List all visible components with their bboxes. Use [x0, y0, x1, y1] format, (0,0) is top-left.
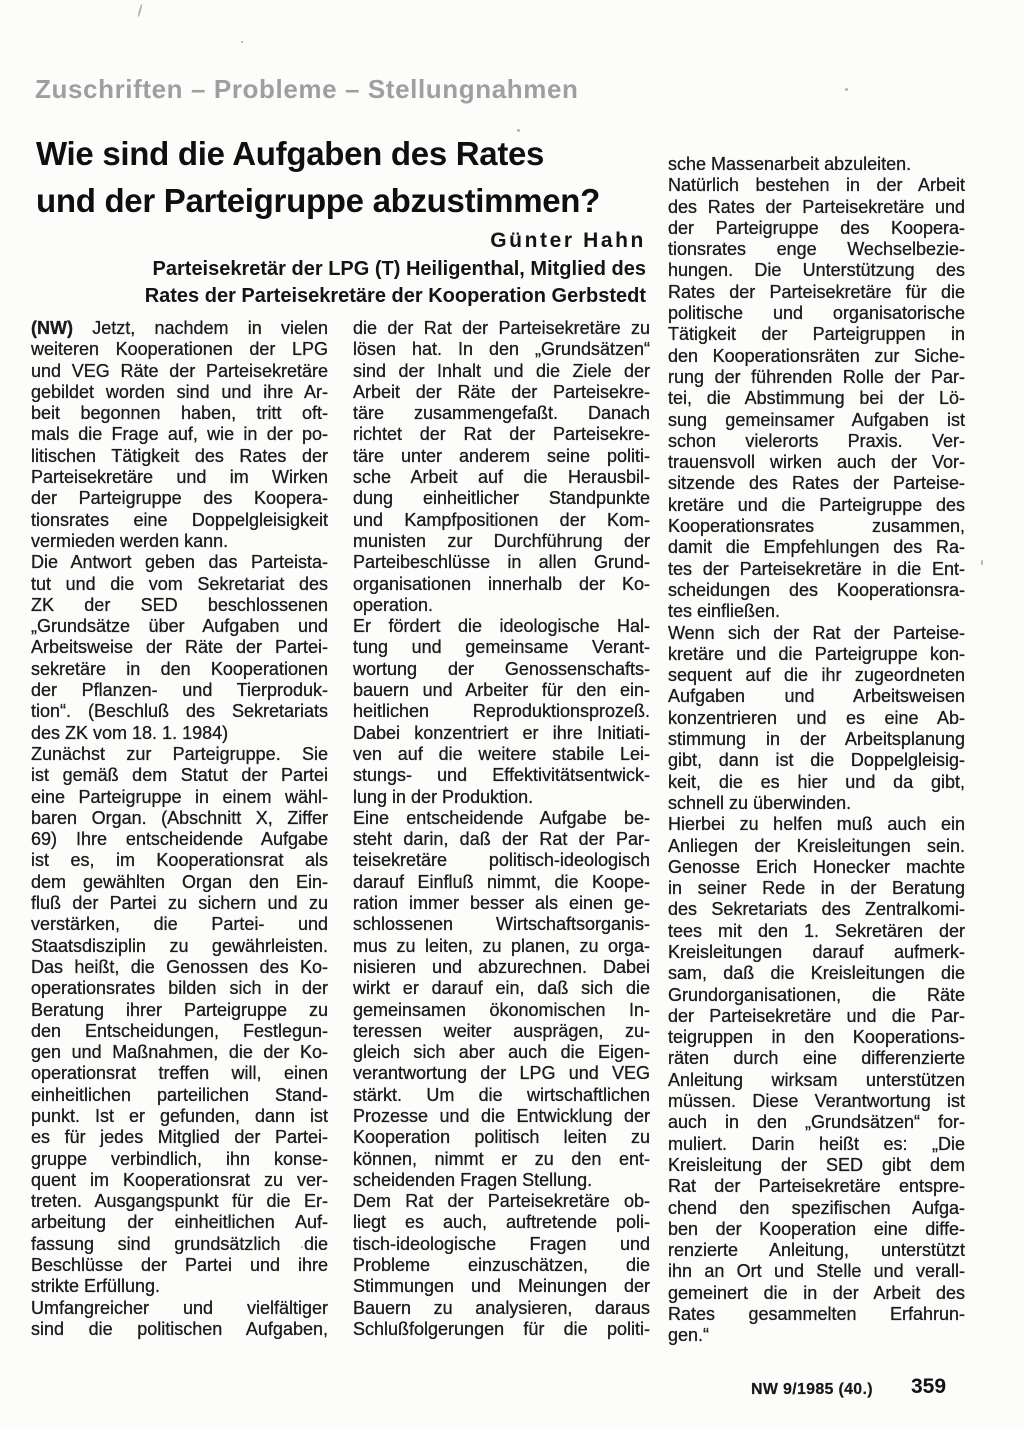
- text-line: die der Rat der Parteisekretäre zu: [353, 318, 650, 339]
- text-line: mus zu leiten, zu planen, zu orga-: [353, 936, 650, 957]
- text-line: verstärken, die Partei- und: [31, 914, 328, 935]
- text-line: tionsrates enge Wechselbezie-: [668, 239, 965, 260]
- text-line: stimmung in der Arbeitsplanung: [668, 729, 965, 750]
- text-line: chend den spezifischen Aufga-: [668, 1198, 965, 1219]
- text-line: sung gemeinsamer Aufgaben ist: [668, 410, 965, 431]
- text-line: dung einheitlicher Standpunkte: [353, 488, 650, 509]
- text-line: keit, die es hier und da gibt,: [668, 772, 965, 793]
- text-line: sche Arbeit auf die Herausbil-: [353, 467, 650, 488]
- text-line: damit die Empfehlungen des Ra-: [668, 537, 965, 558]
- text-line: Genosse Erich Honecker machte: [668, 857, 965, 878]
- text-line: können, nimmt er zu den ent-: [353, 1149, 650, 1170]
- scan-speck: [981, 560, 983, 565]
- text-line: teigruppen in den Kooperations-: [668, 1027, 965, 1048]
- text-line: ben der Kooperation eine diffe-: [668, 1219, 965, 1240]
- section-header-rule: [592, 100, 954, 105]
- text-line: mals die Frage auf, wie in der po-: [31, 424, 328, 445]
- text-line: einheitlichen parteilichen Stand-: [31, 1085, 328, 1106]
- text-line: operationsrates bilden sich in der: [31, 978, 328, 999]
- scan-speck: [845, 88, 848, 91]
- text-line: Wenn sich der Rat der Parteise-: [668, 623, 965, 644]
- text-line: Umfangreicher und vielfältiger: [31, 1298, 328, 1319]
- text-line: verantwortung der LPG und VEG: [353, 1063, 650, 1084]
- text-line: heitlichen Reproduktionsprozeß.: [353, 701, 650, 722]
- text-line: wortung der Genossenschafts-: [353, 659, 650, 680]
- text-line: gemeinert die in der Arbeit des: [668, 1283, 965, 1304]
- text-line: teressen weiter ausprägen, zu-: [353, 1021, 650, 1042]
- text-line: gibt, dann ist die Doppelgleisig-: [668, 750, 965, 771]
- text-line: in seiner Rede in der Beratung: [668, 878, 965, 899]
- text-line: schon vielerorts Praxis. Ver-: [668, 431, 965, 452]
- text-line: tes einfließen.: [668, 601, 965, 622]
- text-line: bauern und Arbeiter für den ein-: [353, 680, 650, 701]
- text-line: liegt es auch, auftretende poli-: [353, 1212, 650, 1233]
- author-credentials-line2: Rates der Parteisekretäre der Kooperatio…: [36, 283, 646, 310]
- text-line: scheidungen des Kooperationsra-: [668, 580, 965, 601]
- text-line: der Parteisekretäre und die Par-: [668, 1006, 965, 1027]
- text-line: fluß der Partei zu sichern und zu: [31, 893, 328, 914]
- text-line: Rat der Parteisekretäre entspre-: [668, 1176, 965, 1197]
- text-line: weiteren Kooperationen der LPG: [31, 339, 328, 360]
- text-line: den Kooperationsräten zur Siche-: [668, 346, 965, 367]
- text-column-1: (NW) Jetzt, nachdem in vielenweiteren Ko…: [31, 318, 328, 1340]
- text-line: operation.: [353, 595, 650, 616]
- text-line: Bauern zu analysieren, daraus: [353, 1298, 650, 1319]
- text-line: tut und die vom Sekretariat des: [31, 574, 328, 595]
- text-line: sind der Inhalt und die Ziele der: [353, 361, 650, 382]
- text-line: Prozesse und die Entwicklung der: [353, 1106, 650, 1127]
- text-line: scheidenden Fragen Stellung.: [353, 1170, 650, 1191]
- text-line: Probleme einzuschätzen, die: [353, 1255, 650, 1276]
- text-line: tes der Parteisekretäre in die Ent-: [668, 559, 965, 580]
- text-line: räten durch eine differenzierte: [668, 1048, 965, 1069]
- text-line: muliert. Darin heißt es: „Die: [668, 1134, 965, 1155]
- text-line: lösen hat. In den „Grundsätzen“: [353, 339, 650, 360]
- text-line: tei, die Abstimmung bei der Lö-: [668, 388, 965, 409]
- text-line: teisekretäre politisch-ideologisch: [353, 850, 650, 871]
- text-line: und VEG Räte der Parteisekretäre: [31, 361, 328, 382]
- text-line: eine Parteigruppe in einem wähl-: [31, 787, 328, 808]
- text-line: Schlußfolgerungen für die politi-: [353, 1319, 650, 1340]
- text-line: Er fördert die ideologische Hal-: [353, 616, 650, 637]
- text-line: baren Organ. (Abschnitt X, Ziffer: [31, 808, 328, 829]
- text-line: treten. Ausgangspunkt für die Er-: [31, 1191, 328, 1212]
- text-line: ven auf die weitere stabile Lei-: [353, 744, 650, 765]
- text-line: Das heißt, die Genossen des Ko-: [31, 957, 328, 978]
- text-line: sam, daß die Kreisleitungen die: [668, 963, 965, 984]
- text-line: ration immer besser als einen ge-: [353, 893, 650, 914]
- text-line: schlossenen Wirtschaftsorganis-: [353, 914, 650, 935]
- text-line: rung der führenden Rolle der Par-: [668, 367, 965, 388]
- text-line: sitzende des Rates der Parteise-: [668, 473, 965, 494]
- text-line: sind die politischen Aufgaben,: [31, 1319, 328, 1340]
- text-line: fassung sind grundsätzlich die: [31, 1234, 328, 1255]
- article-title-line1: Wie sind die Aufgaben des Rates: [36, 135, 544, 172]
- text-line: tisch-ideologische Fragen und: [353, 1234, 650, 1255]
- text-line: Natürlich bestehen in der Arbeit: [668, 175, 965, 196]
- text-line: trauensvoll wirken auch der Vor-: [668, 452, 965, 473]
- text-line: schnell zu überwinden.: [668, 793, 965, 814]
- text-line: Arbeit der Räte der Parteisekre-: [353, 382, 650, 403]
- text-line: kretäre und die Parteigruppe des: [668, 495, 965, 516]
- text-line: Kreisleitungen darauf aufmerk-: [668, 942, 965, 963]
- text-line: gen und Maßnahmen, die der Ko-: [31, 1042, 328, 1063]
- text-line: litischen Tätigkeit des Rates der: [31, 446, 328, 467]
- text-line: quent im Kooperationsrat zu ver-: [31, 1170, 328, 1191]
- text-line: renzierte Anleitung, unterstützt: [668, 1240, 965, 1261]
- text-line: auch in den „Grundsätzen“ for-: [668, 1112, 965, 1133]
- text-line: der Parteigruppe des Koopera-: [668, 218, 965, 239]
- text-line: Kooperation politisch leiten zu: [353, 1127, 650, 1148]
- text-line: sequent auf die ihr zugeordneten: [668, 665, 965, 686]
- page-number: 359: [911, 1375, 946, 1399]
- text-line: Dem Rat der Parteisekretäre ob-: [353, 1191, 650, 1212]
- text-line: des ZK vom 18. 1. 1984): [31, 723, 328, 744]
- text-line: Rates der Parteisekretäre für die: [668, 282, 965, 303]
- text-line: konzentrieren und es eine Ab-: [668, 708, 965, 729]
- text-line: ihn an Ort und Stelle und verall-: [668, 1261, 965, 1282]
- text-line: der Pflanzen- und Tierproduk-: [31, 680, 328, 701]
- text-column-3: sche Massenarbeit abzuleiten.Natürlich b…: [668, 154, 965, 1347]
- text-line: dem gewählten Organ den Ein-: [31, 872, 328, 893]
- text-line: täre zusammengefaßt. Danach: [353, 403, 650, 424]
- section-header: Zuschriften – Probleme – Stellungnahmen: [35, 74, 579, 105]
- text-line: gruppe verbindlich, ihn konse-: [31, 1149, 328, 1170]
- bold-lead: (NW): [31, 318, 73, 338]
- text-line: richtet der Rat der Parteisekre-: [353, 424, 650, 445]
- text-line: lung in der Produktion.: [353, 787, 650, 808]
- text-line: gebildet worden sind und ihre Ar-: [31, 382, 328, 403]
- text-line: stungs- und Effektivitätsentwick-: [353, 765, 650, 786]
- journal-issue-label: NW 9/1985 (40.): [751, 1381, 873, 1399]
- text-line: Stimmungen und Meinungen der: [353, 1276, 650, 1297]
- text-line: der Parteigruppe des Koopera-: [31, 488, 328, 509]
- text-line: politische und organisatorische: [668, 303, 965, 324]
- text-line: sekretäre in den Kooperationen: [31, 659, 328, 680]
- text-line: stärkt. Um die wirtschaftlichen: [353, 1085, 650, 1106]
- text-line: darauf Einfluß nimmt, die Koope-: [353, 872, 650, 893]
- text-line: arbeitung der einheitlichen Auf-: [31, 1212, 328, 1233]
- text-line: des Sekretariats des Zentralkomi-: [668, 899, 965, 920]
- text-line: ist gemäß dem Statut der Partei: [31, 765, 328, 786]
- text-line: Aufgaben und Arbeitsweisen: [668, 686, 965, 707]
- text-line: Anliegen der Kreisleitungen sein.: [668, 836, 965, 857]
- text-line: Dabei konzentriert er ihre Initiati-: [353, 723, 650, 744]
- text-line: munisten zur Durchführung der: [353, 531, 650, 552]
- text-line: organisationen innerhalb der Ko-: [353, 574, 650, 595]
- text-line: ZK der SED beschlossenen: [31, 595, 328, 616]
- text-line: Beratung ihrer Parteigruppe zu: [31, 1000, 328, 1021]
- text-line: Kooperationsrates zusammen,: [668, 516, 965, 537]
- text-line: steht darin, daß der Rat der Par-: [353, 829, 650, 850]
- author-name: Günter Hahn: [36, 229, 646, 253]
- text-line: wirkt er darauf ein, daß sich die: [353, 978, 650, 999]
- text-line: gemeinsamen ökonomischen In-: [353, 1000, 650, 1021]
- text-line: Eine entscheidende Aufgabe be-: [353, 808, 650, 829]
- text-line: Beschlüsse der Partei und ihre: [31, 1255, 328, 1276]
- text-line: tion“. (Beschluß des Sekretariats: [31, 701, 328, 722]
- text-line: Rates gesammelten Erfahrun-: [668, 1304, 965, 1325]
- text-line: und Kampfpositionen der Kom-: [353, 510, 650, 531]
- text-line: Hierbei zu helfen muß auch ein: [668, 814, 965, 835]
- article-title-line2: und der Parteigruppe abzustimmen?: [36, 182, 600, 219]
- text-line: operationsrat treffen will, einen: [31, 1063, 328, 1084]
- text-line: Die Antwort geben das Parteista-: [31, 552, 328, 573]
- text-line: des Rates der Parteisekretäre und: [668, 197, 965, 218]
- text-line: Parteibeschlüsse in allen Grund-: [353, 552, 650, 573]
- text-line: müssen. Diese Verantwortung ist: [668, 1091, 965, 1112]
- scanned-magazine-page: Zuschriften – Probleme – Stellungnahmen …: [0, 0, 1024, 1429]
- text-line: Staatsdisziplin zu gewährleisten.: [31, 936, 328, 957]
- text-line: Anleitung wirksam unterstützen: [668, 1070, 965, 1091]
- text-line: Zunächst zur Parteigruppe. Sie: [31, 744, 328, 765]
- text-line: tung und gemeinsame Verant-: [353, 637, 650, 658]
- text-line: ist es, im Kooperationsrat als: [31, 850, 328, 871]
- text-line: nisieren und abzurechnen. Dabei: [353, 957, 650, 978]
- text-line: den Entscheidungen, Festlegun-: [31, 1021, 328, 1042]
- article-title: Wie sind die Aufgaben des Ratesund der P…: [36, 130, 600, 224]
- text-line: hungen. Die Unterstützung des: [668, 260, 965, 281]
- text-line: sche Massenarbeit abzuleiten.: [668, 154, 965, 175]
- text-column-2: die der Rat der Parteisekretäre zulösen …: [353, 318, 650, 1340]
- text-line: Tätigkeit der Parteigruppen in: [668, 324, 965, 345]
- text-line: beit begonnen haben, tritt oft-: [31, 403, 328, 424]
- text-line: täre unter anderem seine politi-: [353, 446, 650, 467]
- text-line: Arbeitsweise der Räte der Partei-: [31, 637, 328, 658]
- text-line: vermieden werden kann.: [31, 531, 328, 552]
- scan-speck: [241, 41, 243, 43]
- scan-speck: [137, 4, 143, 17]
- text-line: tees mit den 1. Sekretären der: [668, 921, 965, 942]
- text-line: strikte Erfüllung.: [31, 1276, 328, 1297]
- author-credentials-line1: Parteisekretär der LPG (T) Heiligenthal,…: [36, 256, 646, 283]
- text-line: Kreisleitung der SED gibt dem: [668, 1155, 965, 1176]
- text-line: tionsrates eine Doppelgleisigkeit: [31, 510, 328, 531]
- text-line: gleich sich aber auch die Eigen-: [353, 1042, 650, 1063]
- text-line: Grundorganisationen, die Räte: [668, 985, 965, 1006]
- author-credentials: Parteisekretär der LPG (T) Heiligenthal,…: [36, 256, 646, 310]
- text-line: Parteisekretäre und im Wirken: [31, 467, 328, 488]
- text-line: 69) Ihre entscheidende Aufgabe: [31, 829, 328, 850]
- text-line: gen.“: [668, 1325, 965, 1346]
- text-line: es für jedes Mitglied der Partei-: [31, 1127, 328, 1148]
- text-line: kretäre und die Parteigruppe kon-: [668, 644, 965, 665]
- text-line: (NW) Jetzt, nachdem in vielen: [31, 318, 328, 339]
- text-line: „Grundsätze über Aufgaben und: [31, 616, 328, 637]
- text-line: punkt. Ist er gefunden, dann ist: [31, 1106, 328, 1127]
